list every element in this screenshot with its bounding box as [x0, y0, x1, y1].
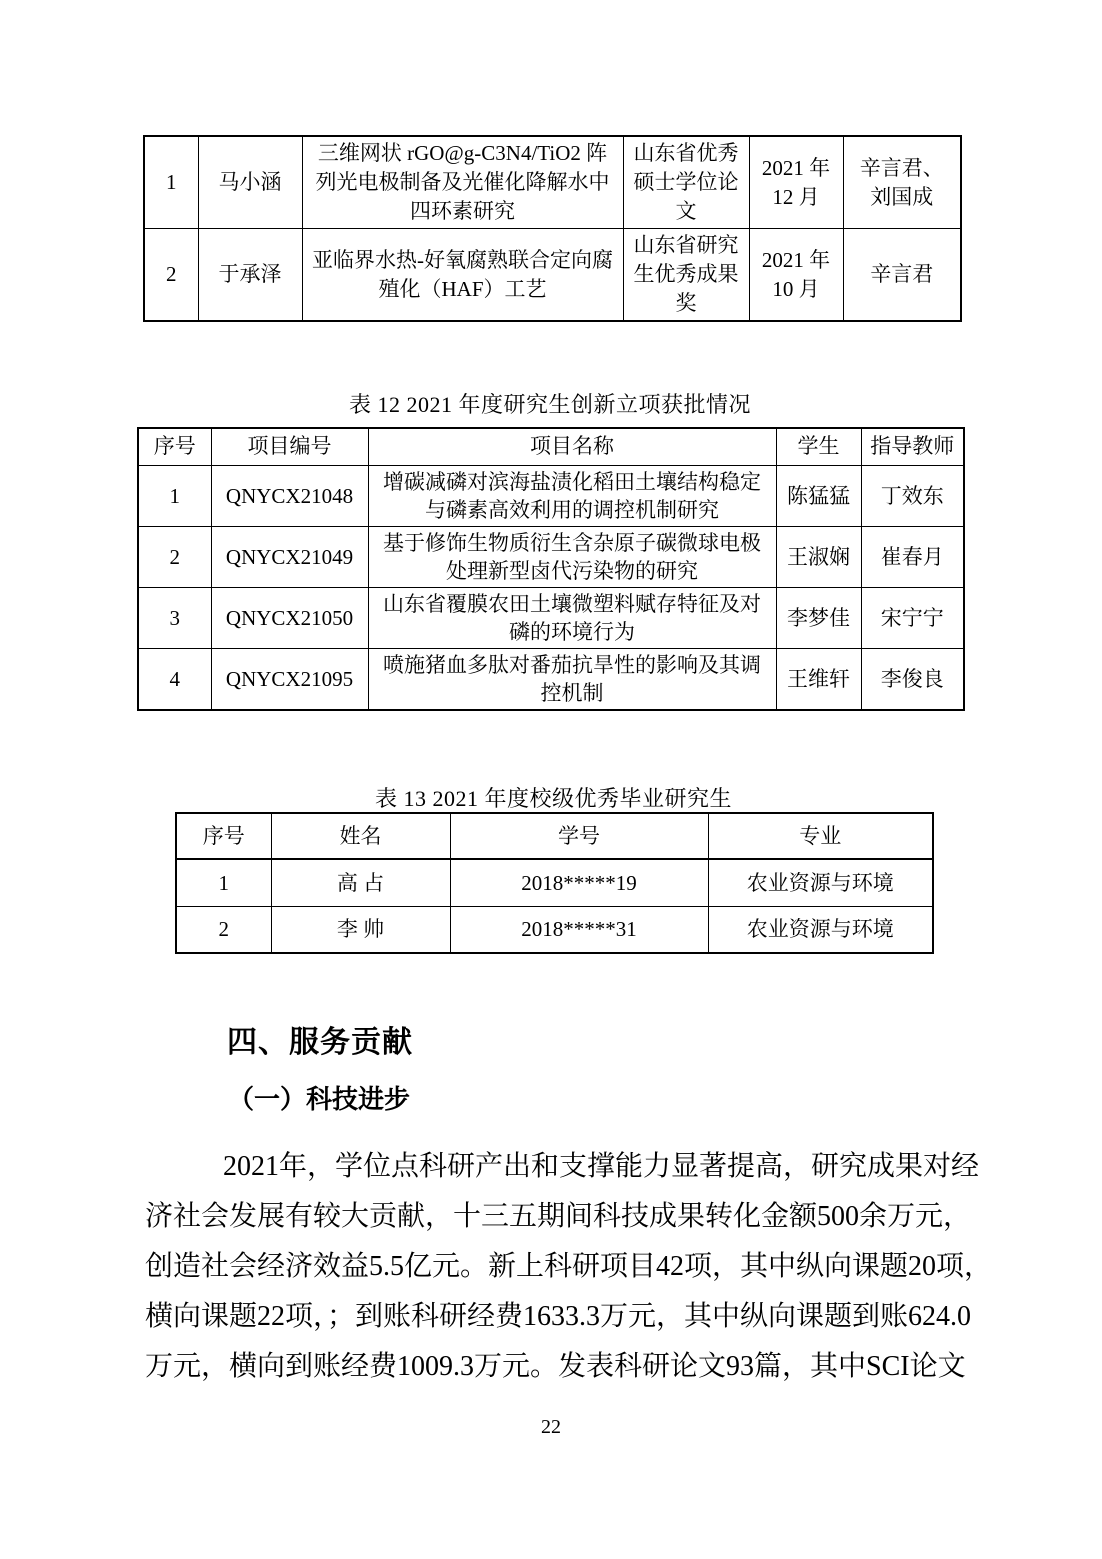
table-cell: 1	[176, 859, 271, 906]
table-cell: 丁效东	[861, 465, 964, 526]
table-cell: 2	[144, 229, 198, 322]
table-cell: 1	[144, 136, 198, 229]
table-row: 2 QNYCX21049 基于修饰生物质衍生含杂原子碳微球电极处理新型卤代污染物…	[138, 526, 964, 587]
table-cell: 亚临界水热-好氧腐熟联合定向腐殖化（HAF）工艺	[302, 229, 623, 322]
table-cell: QNYCX21095	[211, 648, 368, 710]
table-cell: 于承泽	[198, 229, 302, 322]
table-row: 2 于承泽 亚临界水热-好氧腐熟联合定向腐殖化（HAF）工艺 山东省研究生优秀成…	[144, 229, 961, 322]
table-cell: 农业资源与环境	[708, 906, 933, 953]
table-header-row: 序号 项目编号 项目名称 学生 指导教师	[138, 428, 964, 465]
table-cell: 山东省覆膜农田土壤微塑料赋存特征及对磷的环境行为	[368, 587, 776, 648]
table-cell: 高 占	[271, 859, 450, 906]
table-header-cell: 学生	[776, 428, 861, 465]
table-cell: 3	[138, 587, 211, 648]
table-row: 1 QNYCX21048 增碳减磷对滨海盐渍化稻田土壤结构稳定与磷素高效利用的调…	[138, 465, 964, 526]
section-heading: 四、服务贡献	[227, 1026, 413, 1060]
table-cell: 李梦佳	[776, 587, 861, 648]
table-cell: 喷施猪血多肽对番茄抗旱性的影响及其调控机制	[368, 648, 776, 710]
table-cell: 2021 年 12 月	[749, 136, 843, 229]
body-paragraph: 2021年，学位点科研产出和支撑能力显著提高，研究成果对经 济社会发展有较大贡献…	[145, 1142, 963, 1392]
table-cell: 2	[138, 526, 211, 587]
table-13: 序号 姓名 学号 专业 1 高 占 2018*****19 农业资源与环境 2 …	[175, 812, 934, 954]
table-cell: 农业资源与环境	[708, 859, 933, 906]
subsection-heading: （一）科技进步	[228, 1084, 410, 1114]
table-cell: 王淑娴	[776, 526, 861, 587]
table-row: 1 高 占 2018*****19 农业资源与环境	[176, 859, 933, 906]
paragraph-line: 创造社会经济效益5.5亿元。新上科研项目42项，其中纵向课题20项，	[145, 1242, 963, 1292]
table-cell: 三维网状 rGO@g-C3N4/TiO2 阵列光电极制备及光催化降解水中四环素研…	[302, 136, 623, 229]
document-page: 1 马小涵 三维网状 rGO@g-C3N4/TiO2 阵列光电极制备及光催化降解…	[0, 0, 1102, 1559]
table-row: 4 QNYCX21095 喷施猪血多肽对番茄抗旱性的影响及其调控机制 王维轩 李…	[138, 648, 964, 710]
table-cell: 陈猛猛	[776, 465, 861, 526]
table-cell: 基于修饰生物质衍生含杂原子碳微球电极处理新型卤代污染物的研究	[368, 526, 776, 587]
table-cell: QNYCX21049	[211, 526, 368, 587]
table-cell: 辛言君	[843, 229, 961, 322]
table-header-cell: 项目编号	[211, 428, 368, 465]
table-cell: 山东省优秀硕士学位论文	[623, 136, 749, 229]
page-number: 22	[0, 1416, 1102, 1439]
paragraph-line: 2021年，学位点科研产出和支撑能力显著提高，研究成果对经	[145, 1142, 963, 1192]
table-12: 序号 项目编号 项目名称 学生 指导教师 1 QNYCX21048 增碳减磷对滨…	[137, 427, 965, 711]
table-header-cell: 学号	[450, 813, 708, 859]
table-cell: 2018*****19	[450, 859, 708, 906]
table-cell: 马小涵	[198, 136, 302, 229]
table-cell: QNYCX21048	[211, 465, 368, 526]
table-header-cell: 指导教师	[861, 428, 964, 465]
paragraph-line: 万元，横向到账经费1009.3万元。发表科研论文93篇，其中SCI论文	[145, 1342, 963, 1392]
table-cell: 崔春月	[861, 526, 964, 587]
table-cell: 李 帅	[271, 906, 450, 953]
table-cell: 辛言君、刘国成	[843, 136, 961, 229]
table-cell: 4	[138, 648, 211, 710]
table-cell: 王维轩	[776, 648, 861, 710]
table-cell: QNYCX21050	[211, 587, 368, 648]
table-header-cell: 序号	[176, 813, 271, 859]
table-header-cell: 序号	[138, 428, 211, 465]
table-cell: 李俊良	[861, 648, 964, 710]
table-row: 1 马小涵 三维网状 rGO@g-C3N4/TiO2 阵列光电极制备及光催化降解…	[144, 136, 961, 229]
awards-table: 1 马小涵 三维网状 rGO@g-C3N4/TiO2 阵列光电极制备及光催化降解…	[143, 135, 962, 322]
table-cell: 1	[138, 465, 211, 526]
table-cell: 2018*****31	[450, 906, 708, 953]
table-row: 2 李 帅 2018*****31 农业资源与环境	[176, 906, 933, 953]
table-cell: 山东省研究生优秀成果奖	[623, 229, 749, 322]
table-12-title: 表 12 2021 年度研究生创新立项获批情况	[137, 392, 963, 418]
table-header-row: 序号 姓名 学号 专业	[176, 813, 933, 859]
table-13-title: 表 13 2021 年度校级优秀毕业研究生	[175, 786, 932, 812]
table-header-cell: 专业	[708, 813, 933, 859]
table-cell: 2021 年 10 月	[749, 229, 843, 322]
table-cell: 宋宁宁	[861, 587, 964, 648]
paragraph-line: 济社会发展有较大贡献，十三五期间科技成果转化金额500余万元，	[145, 1192, 963, 1242]
table-row: 3 QNYCX21050 山东省覆膜农田土壤微塑料赋存特征及对磷的环境行为 李梦…	[138, 587, 964, 648]
table-header-cell: 项目名称	[368, 428, 776, 465]
table-cell: 2	[176, 906, 271, 953]
paragraph-line: 横向课题22项，；到账科研经费1633.3万元，其中纵向课题到账624.0	[145, 1292, 963, 1342]
table-header-cell: 姓名	[271, 813, 450, 859]
table-cell: 增碳减磷对滨海盐渍化稻田土壤结构稳定与磷素高效利用的调控机制研究	[368, 465, 776, 526]
